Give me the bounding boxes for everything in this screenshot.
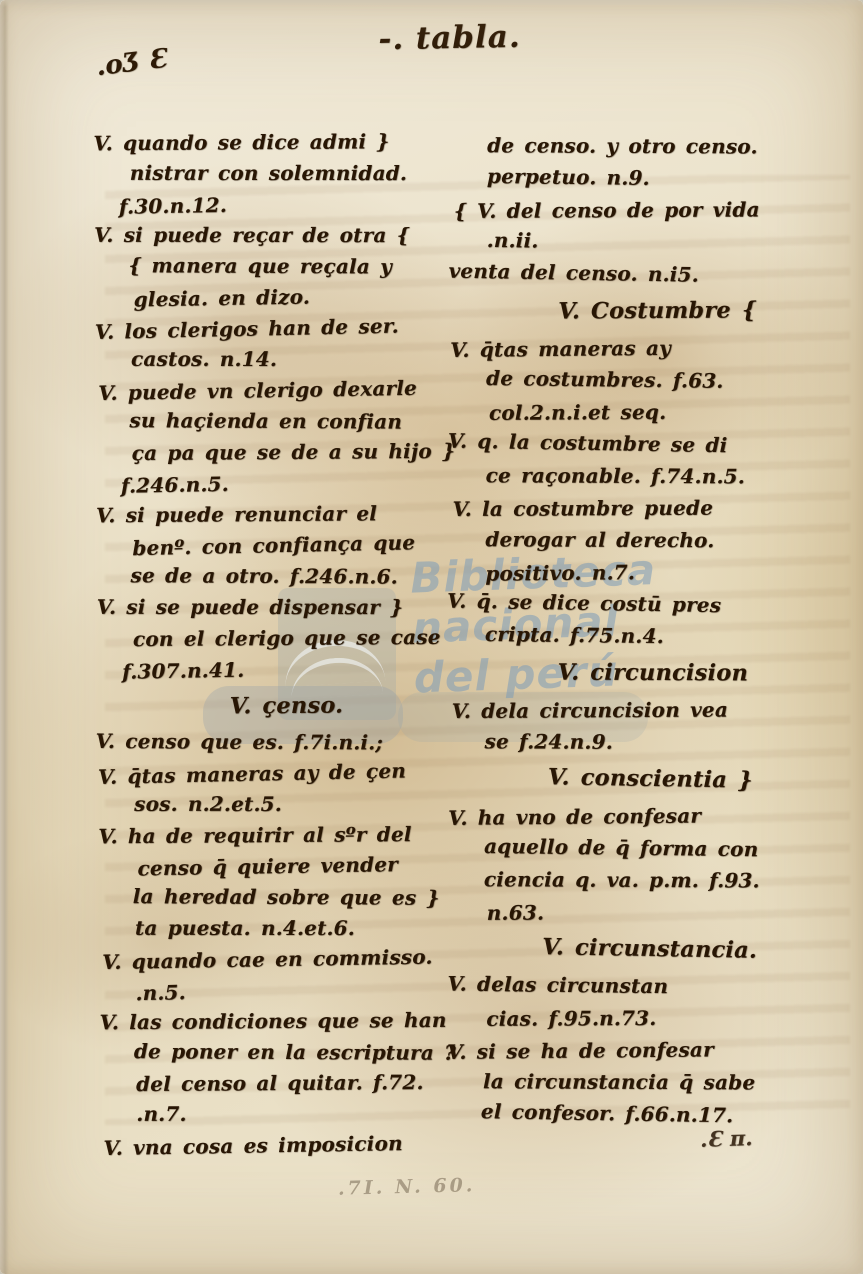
- manuscript-line: perpetuo. n.9.: [451, 160, 859, 197]
- manuscript-line: se de a otro. f.246.n.6.: [94, 560, 472, 593]
- manuscript-line: f.246.n.5.: [99, 465, 477, 502]
- faint-footnote: .7I. N. 60.: [338, 1174, 476, 1200]
- manuscript-line: castos. n.14.: [95, 344, 473, 375]
- manuscript-line: ciencia q. va. p.m. f.93.: [448, 863, 856, 897]
- manuscript-line: de censo. y otro censo.: [451, 129, 859, 163]
- manuscript-line: aquello de q̄ forma con: [448, 830, 856, 867]
- manuscript-page: -. tabla. .oƷ Ɛ Biblioteca nacional del …: [0, 0, 863, 1274]
- manuscript-line: nistrar con solemnidad.: [94, 158, 472, 189]
- manuscript-line: venta del censo. n.i5.: [448, 255, 856, 294]
- manuscript-line: benº. con confiança que: [96, 526, 475, 565]
- manuscript-line: ta puesta. n.4.et.6.: [99, 913, 477, 944]
- manuscript-line: V. circunstancia.: [445, 925, 854, 974]
- right-column: de censo. y otro censo.perpetuo. n.9.{ V…: [447, 129, 859, 1131]
- manuscript-line: V. si puede reçar de otra {: [94, 220, 472, 251]
- manuscript-line: V. quando se dice admi }: [93, 126, 471, 160]
- manuscript-line: su haçienda en confian: [93, 405, 471, 438]
- left-column: V. quando se dice admi }nistrar con sole…: [93, 126, 478, 1163]
- manuscript-line: V. si se puede dispensar }: [97, 592, 475, 623]
- manuscript-line: f.307.n.41.: [100, 651, 478, 688]
- page-edge-top: [0, 0, 863, 7]
- manuscript-line: V. puede vn clerigo dexarle: [98, 372, 476, 409]
- manuscript-line: V. las condiciones que se han: [100, 1005, 478, 1039]
- manuscript-line: V. q̄tas maneras ay: [450, 330, 858, 366]
- manuscript-line: V. delas circunstan: [447, 968, 855, 1005]
- page-edge-left: [0, 0, 9, 1274]
- manuscript-line: ce raçonable. f.74.n.5.: [450, 459, 858, 493]
- manuscript-line: V. censo que es. f.7i.n.i.;: [96, 726, 474, 759]
- manuscript-line: con el clerigo que se case: [97, 622, 475, 656]
- manuscript-line: cias. f.95.n.73.: [450, 1001, 858, 1035]
- manuscript-line: positivo. n.7.: [449, 554, 857, 590]
- manuscript-line: f.30.n.12.: [97, 186, 475, 223]
- manuscript-line: V. la costumbre puede: [452, 491, 860, 525]
- manuscript-line: el confesor. f.66.n.17.: [445, 1095, 853, 1134]
- manuscript-line: V. si se ha de confesar: [447, 1032, 855, 1068]
- manuscript-line: la heredad sobre que es }: [97, 881, 475, 914]
- manuscript-line: col.2.n.i.et seq.: [453, 395, 861, 429]
- manuscript-line: censo q̄ quiere vender: [101, 848, 479, 885]
- manuscript-line: { manera que reçala y: [92, 250, 470, 283]
- manuscript-line: la circunstancia q̄ sabe: [447, 1065, 855, 1099]
- manuscript-line: V. ha de requirir al sºr del: [98, 819, 476, 853]
- manuscript-line: .n.7.: [100, 1099, 478, 1130]
- manuscript-line: sos. n.2.et.5.: [98, 789, 476, 820]
- manuscript-line: V. circuncision: [449, 651, 857, 695]
- manuscript-line: de poner en la escriptura ?: [98, 1036, 476, 1069]
- manuscript-line: V. los clerigos han de ser.: [95, 309, 474, 348]
- end-mark: .Ɛ π.: [700, 1125, 753, 1152]
- manuscript-line: V. dela circuncision vea: [452, 693, 860, 727]
- manuscript-line: V. q. la costumbre se di: [448, 425, 856, 464]
- manuscript-line: V. conscientia }: [446, 755, 855, 804]
- manuscript-line: del censo al quitar. f.72.: [100, 1067, 478, 1101]
- manuscript-line: ça pa que se de a su hijo }: [96, 436, 474, 470]
- manuscript-line: se f.24.n.9.: [448, 725, 856, 759]
- manuscript-line: n.63.: [451, 895, 859, 929]
- manuscript-line: derogar al derecho.: [449, 523, 857, 557]
- manuscript-line: V. Costumbre {: [453, 289, 861, 333]
- manuscript-line: de costumbres. f.63.: [450, 362, 858, 399]
- manuscript-line: V. çenso.: [97, 684, 475, 729]
- manuscript-line: V. q̄tas maneras ay de çen: [98, 754, 477, 793]
- manuscript-line: V. ha vno de confesar: [448, 798, 856, 834]
- manuscript-line: cripta. f.75.n.4.: [449, 618, 857, 655]
- manuscript-line: V. vna cosa es imposicion: [103, 1127, 481, 1164]
- manuscript-line: { V. del censo de por vida: [454, 193, 862, 227]
